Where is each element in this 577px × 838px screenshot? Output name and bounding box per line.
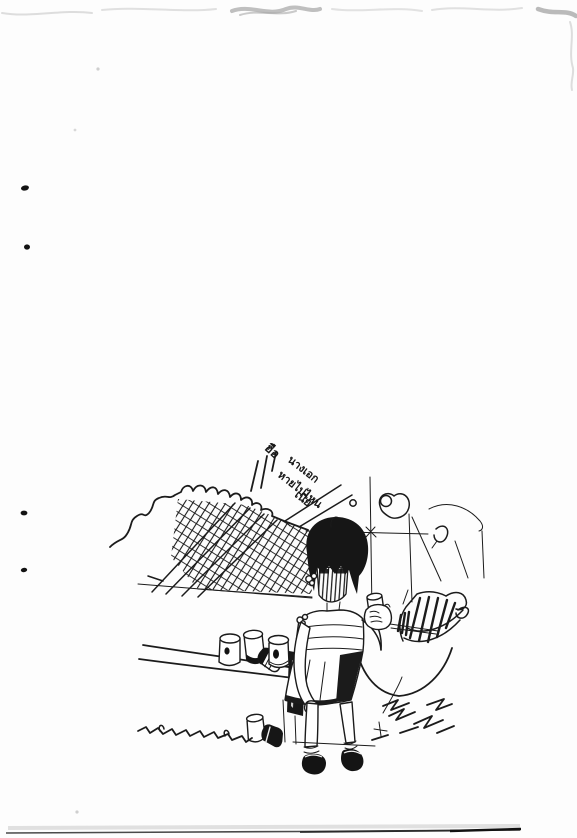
balloon-sketch	[379, 494, 409, 519]
bottom-edge-line	[6, 826, 521, 833]
bowl-sketch	[351, 637, 452, 696]
sketch-canvas: ฮือ นางเอก หายไปไหน เนี่ย	[0, 0, 577, 838]
fist	[364, 604, 391, 629]
scribble-object	[390, 590, 468, 642]
skirt-shadow	[336, 651, 363, 702]
hook-shape	[434, 526, 448, 542]
right-leg	[340, 702, 355, 743]
right-shoe	[341, 749, 363, 771]
scanned-page: ฮือ นางเอก หายไปไหน เนี่ย	[0, 0, 577, 838]
bush-sketch	[110, 485, 312, 597]
diagonal-strut	[455, 541, 468, 578]
can	[219, 634, 240, 666]
left-margin-dots	[20, 185, 30, 573]
ground-cans	[245, 714, 285, 749]
small-circle-mark	[350, 500, 356, 506]
crying-face	[317, 567, 348, 602]
wire-curve	[429, 505, 483, 531]
pole	[409, 514, 412, 602]
bush-stroke	[148, 576, 163, 581]
note-line-1: ฮือ	[262, 440, 284, 462]
pole	[482, 531, 484, 578]
speck	[74, 129, 77, 132]
can	[269, 636, 290, 668]
ground-tick	[374, 722, 387, 736]
legs	[302, 702, 364, 774]
left-leg	[305, 703, 318, 747]
diagonal-strut	[412, 517, 441, 581]
cans-on-ledge	[219, 630, 289, 674]
speck	[75, 810, 78, 813]
speck	[96, 67, 99, 70]
pole	[370, 477, 372, 612]
grass-left	[138, 727, 252, 742]
hook-tail	[432, 541, 437, 548]
